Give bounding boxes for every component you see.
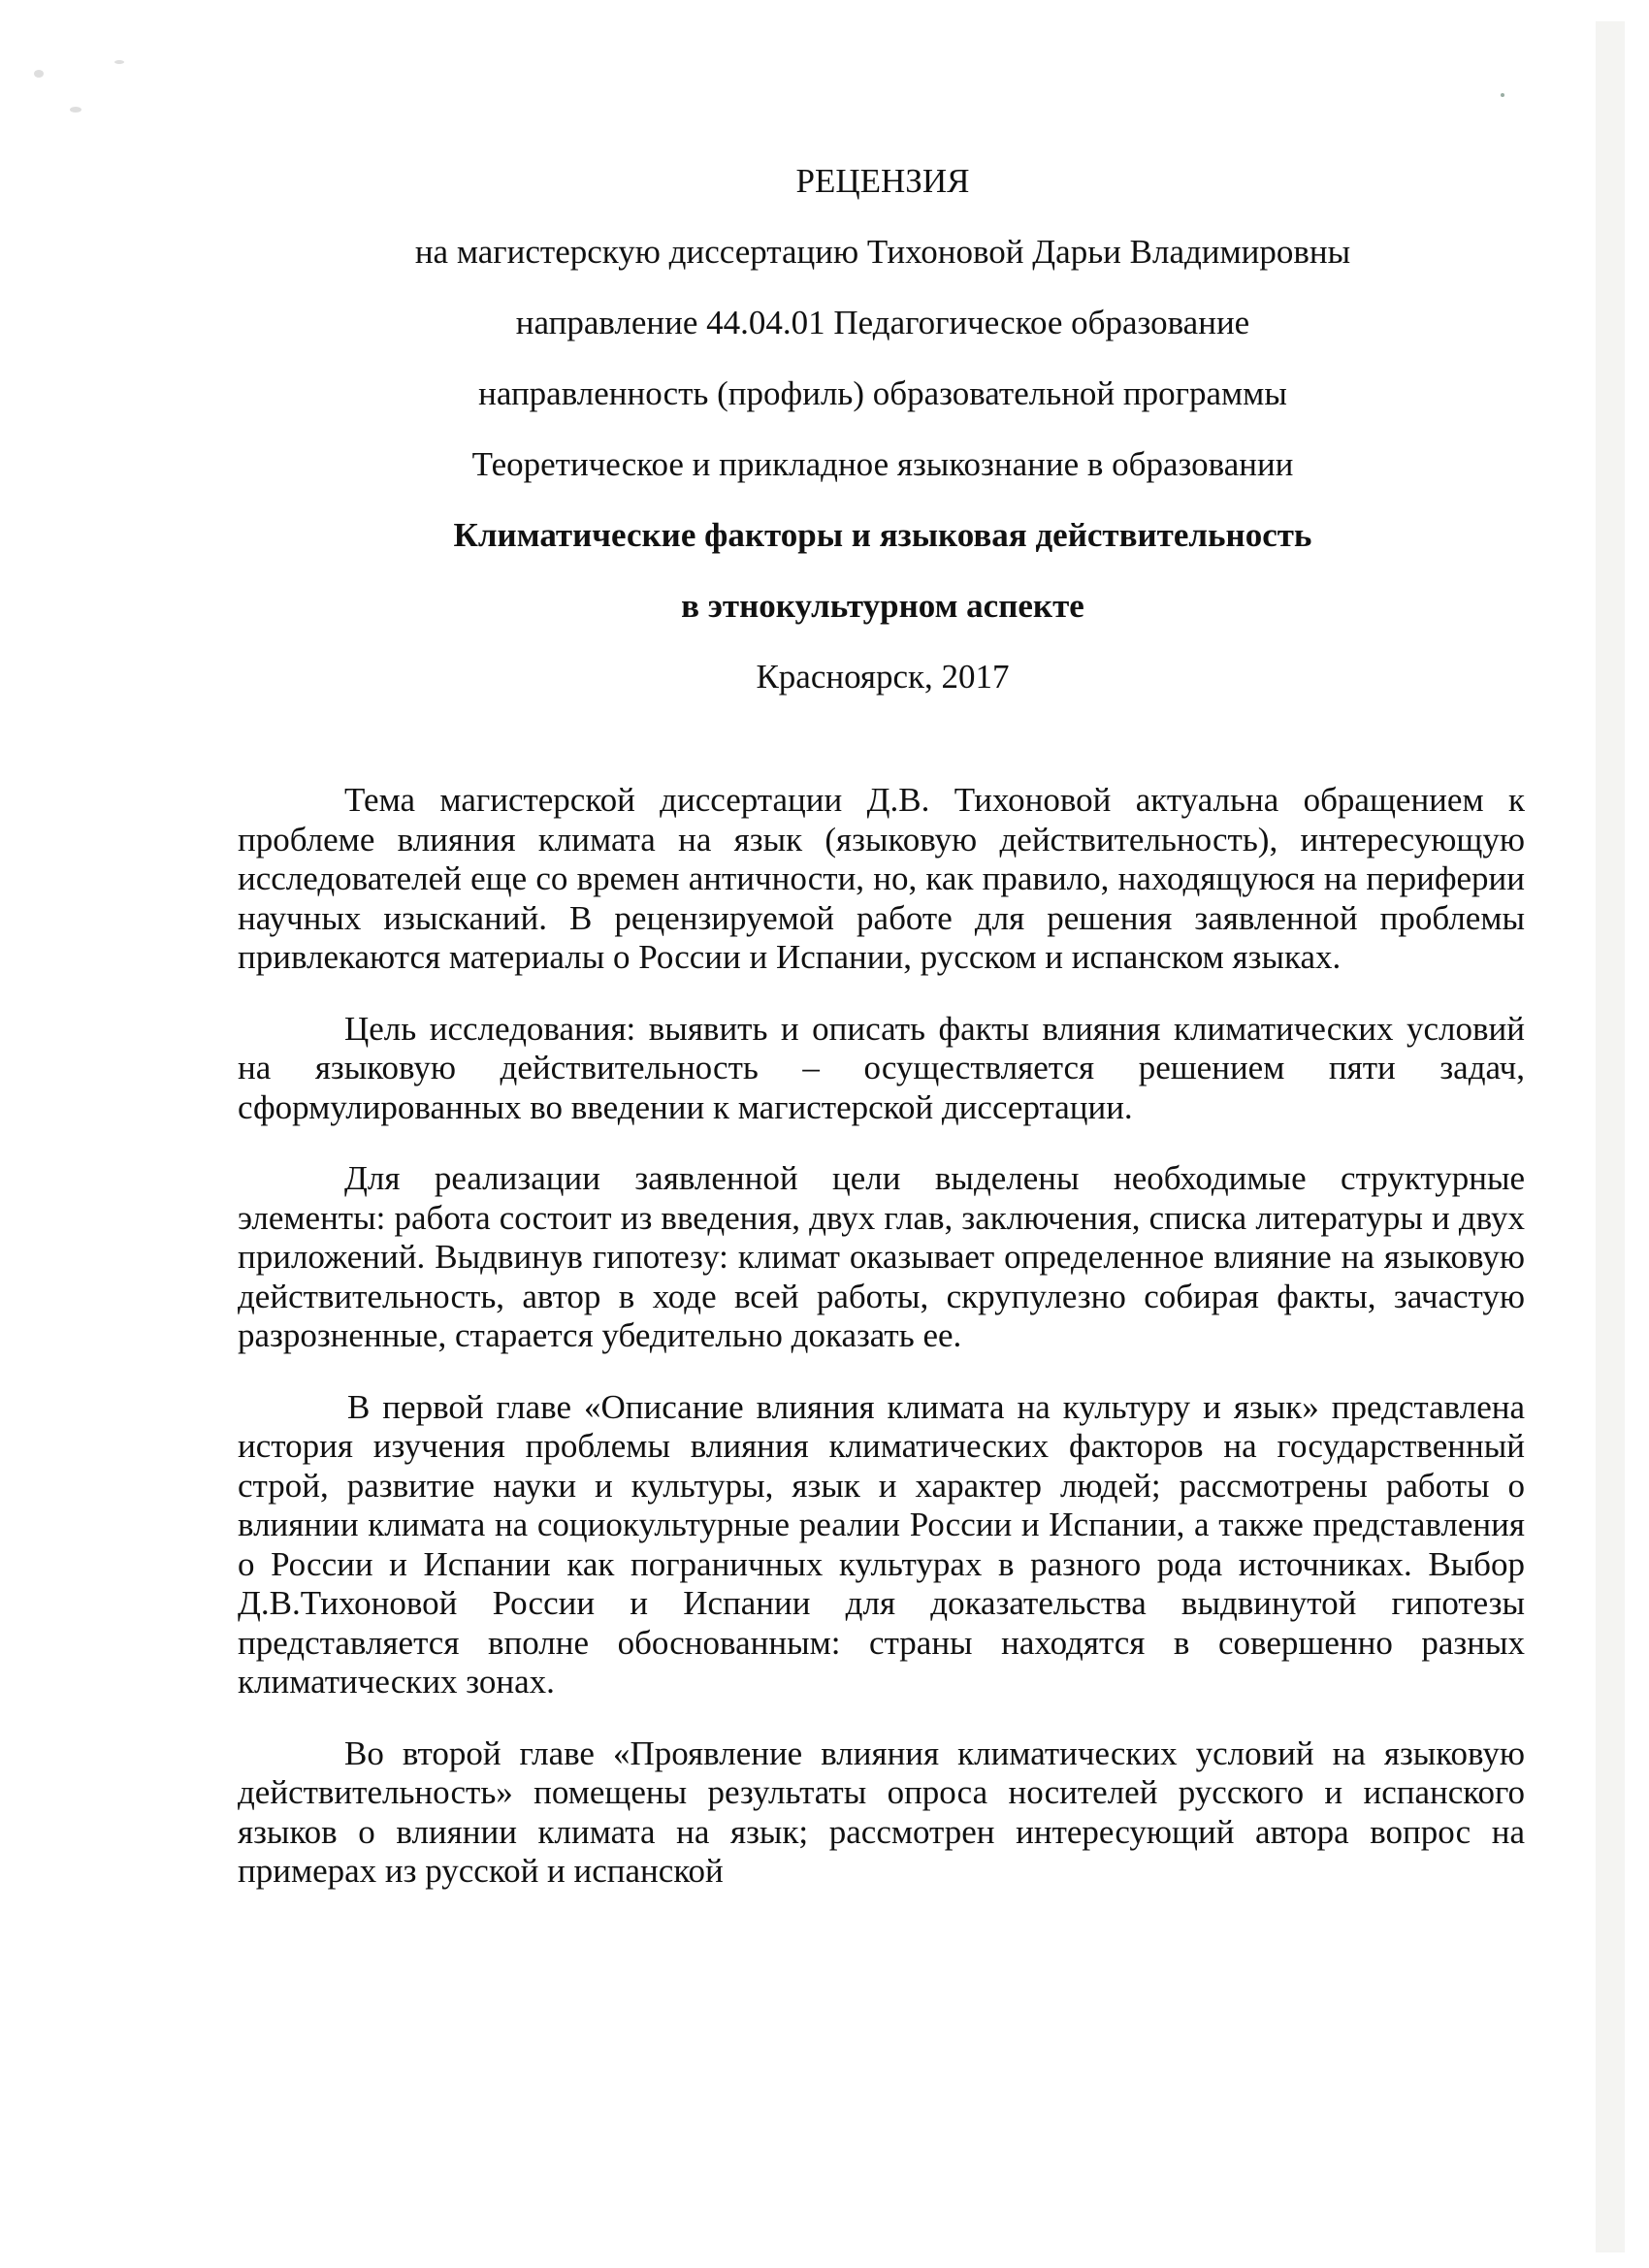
header-line-subject: на магистерскую диссертацию Тихоновой Да… <box>238 216 1528 287</box>
paragraph-goal: Цель исследования: выявить и описать фак… <box>238 1010 1525 1128</box>
paragraph-relevance: Тема магистерской диссертации Д.В. Тихон… <box>238 781 1525 978</box>
scan-edge-strip <box>1596 21 1625 2252</box>
header-line-direction: направление 44.04.01 Педагогическое обра… <box>238 287 1528 358</box>
thesis-title-line-1: Климатические факторы и языковая действи… <box>238 500 1528 570</box>
scan-speck <box>34 70 44 78</box>
document-title: РЕЦЕНЗИЯ <box>238 146 1528 216</box>
scan-speck <box>1501 93 1504 97</box>
paragraph-chapter-one: В первой главе «Описание влияния климата… <box>238 1388 1525 1702</box>
header-line-profile: направленность (профиль) образовательной… <box>238 358 1528 429</box>
review-body: Тема магистерской диссертации Д.В. Тихон… <box>238 781 1525 1892</box>
header-line-program: Теоретическое и прикладное языкознание в… <box>238 429 1528 500</box>
document-header: РЕЦЕНЗИЯ на магистерскую диссертацию Тих… <box>238 146 1528 712</box>
scan-speck <box>114 60 124 64</box>
paragraph-chapter-two: Во второй главе «Проявление влияния клим… <box>238 1734 1525 1892</box>
place-year: Красноярск, 2017 <box>238 641 1528 712</box>
scan-speck <box>70 107 81 113</box>
paragraph-structure: Для реализации заявленной цели выделены … <box>238 1159 1525 1356</box>
scanned-page: РЕЦЕНЗИЯ на магистерскую диссертацию Тих… <box>0 0 1649 2268</box>
thesis-title-line-2: в этнокультурном аспекте <box>238 570 1528 641</box>
